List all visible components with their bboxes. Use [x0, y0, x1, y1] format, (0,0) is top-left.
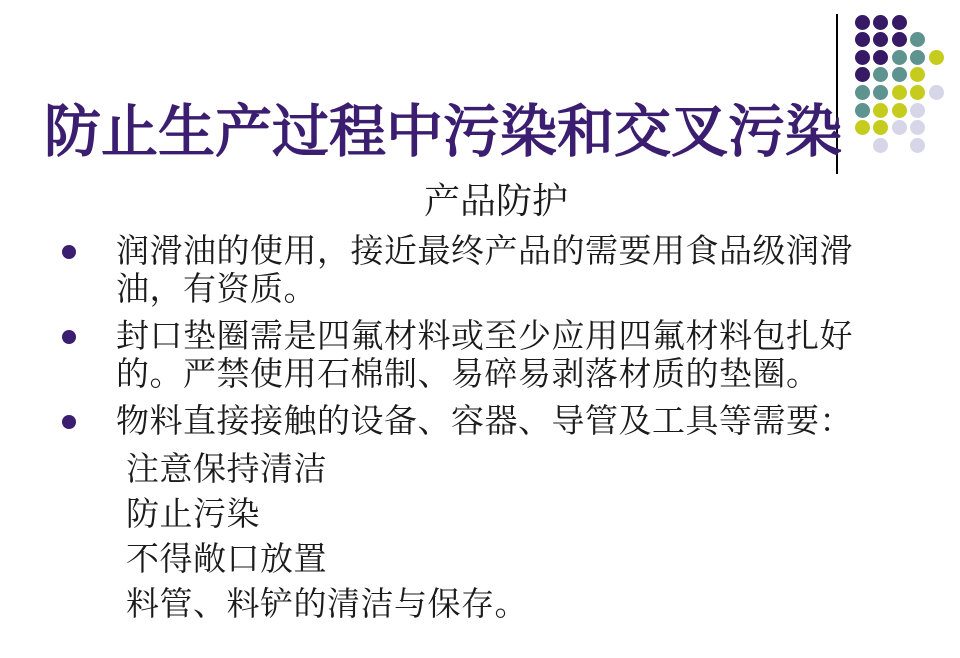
bullet-item: 润滑油的使用，接近最终产品的需要用食品级润滑 油，有资质。 [44, 232, 918, 308]
decor-dot [910, 32, 925, 47]
slide-body: 产品防护 润滑油的使用，接近最终产品的需要用食品级润滑 油，有资质。 封口垫圈需… [44, 180, 918, 626]
bullet-line: 物料直接接触的设备、容器、导管及工具等需要： [116, 402, 853, 440]
decor-dot [892, 32, 907, 47]
decor-dot [892, 103, 907, 118]
decor-dot [892, 120, 907, 135]
decor-dot [873, 85, 888, 100]
decor-dot [873, 67, 888, 82]
decor-dot [929, 85, 944, 100]
bullet-item: 封口垫圈需是四氟材料或至少应用四氟材料包扎好 的。严禁使用石棉制、易碎易剥落材质… [44, 317, 918, 393]
sub-item: 防止污染 [126, 491, 918, 536]
bullet-text: 封口垫圈需是四氟材料或至少应用四氟材料包扎好 的。严禁使用石棉制、易碎易剥落材质… [116, 317, 853, 393]
decor-dot [910, 67, 925, 82]
decor-dot [873, 103, 888, 118]
decor-dot [855, 103, 870, 118]
bullet-line: 润滑油的使用，接近最终产品的需要用食品级润滑 [116, 232, 853, 270]
decor-dot [855, 67, 870, 82]
decor-dot [855, 85, 870, 100]
bullet-line: 的。严禁使用石棉制、易碎易剥落材质的垫圈。 [116, 355, 853, 393]
bullet-text: 物料直接接触的设备、容器、导管及工具等需要： [116, 402, 853, 440]
decor-dot [910, 138, 925, 153]
decor-dot [855, 32, 870, 47]
decor-dot [892, 67, 907, 82]
decor-dot [892, 15, 907, 30]
bullet-dot-icon [62, 330, 76, 344]
bullet-text: 润滑油的使用，接近最终产品的需要用食品级润滑 油，有资质。 [116, 232, 853, 308]
decor-dot [910, 120, 925, 135]
bullet-dot-icon [62, 415, 76, 429]
sub-item: 注意保持清洁 [126, 446, 918, 491]
decor-dot [873, 50, 888, 65]
decor-dot [873, 120, 888, 135]
decor-dot [892, 50, 907, 65]
decor-dot [892, 85, 907, 100]
decor-dot [910, 103, 925, 118]
bullet-item: 物料直接接触的设备、容器、导管及工具等需要： [44, 402, 918, 440]
bullet-dot-icon [62, 245, 76, 259]
decor-dot [855, 120, 870, 135]
sub-item: 料管、料铲的清洁与保存。 [126, 581, 918, 626]
decor-dot [910, 50, 925, 65]
sub-item-list: 注意保持清洁 防止污染 不得敞口放置 料管、料铲的清洁与保存。 [44, 446, 918, 626]
decor-dot [910, 85, 925, 100]
slide: 防止生产过程中污染和交叉污染 产品防护 润滑油的使用，接近最终产品的需要用食品级… [0, 0, 960, 658]
decor-dot [929, 50, 944, 65]
decor-dot [855, 50, 870, 65]
decor-dot [873, 32, 888, 47]
subtitle: 产品防护 [44, 180, 918, 222]
decor-dot [873, 138, 888, 153]
sub-item: 不得敞口放置 [126, 536, 918, 581]
bullet-line: 油，有资质。 [116, 270, 853, 308]
decor-dot [855, 15, 870, 30]
slide-title: 防止生产过程中污染和交叉污染 [44, 96, 844, 168]
decor-dot [873, 15, 888, 30]
bullet-line: 封口垫圈需是四氟材料或至少应用四氟材料包扎好 [116, 317, 853, 355]
